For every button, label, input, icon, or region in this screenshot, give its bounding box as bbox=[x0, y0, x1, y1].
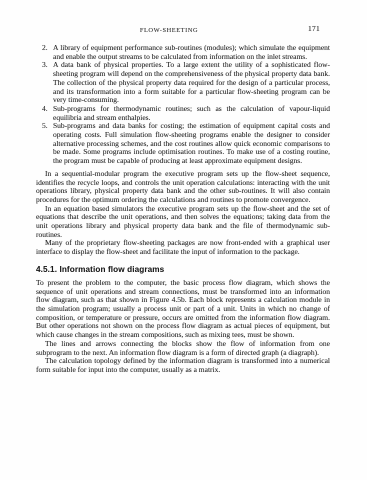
paragraph: The calculation topology defined by the … bbox=[36, 357, 330, 374]
list-item-number: 2. bbox=[42, 44, 48, 53]
list-item-number: 5. bbox=[42, 122, 48, 131]
paragraph: To present the problem to the computer, … bbox=[36, 279, 330, 340]
paragraph: In an equation based simulators the exec… bbox=[36, 205, 330, 240]
list-item: 2. A library of equipment performance su… bbox=[36, 44, 330, 61]
list-item-number: 4. bbox=[42, 105, 48, 114]
paragraph: The lines and arrows connecting the bloc… bbox=[36, 340, 330, 357]
page-header: FLOW-SHEETING 171 bbox=[36, 26, 330, 36]
list-item-text: A data bank of physical properties. To a… bbox=[53, 60, 330, 104]
page-content: FLOW-SHEETING 171 2. A library of equipm… bbox=[36, 26, 330, 375]
list-item-text: Sub-programs for thermodynamic routines;… bbox=[53, 104, 330, 122]
paragraph: Many of the proprietary flow-sheeting pa… bbox=[36, 239, 330, 256]
list-item: 4. Sub-programs for thermodynamic routin… bbox=[36, 105, 330, 122]
section-paragraphs: To present the problem to the computer, … bbox=[36, 279, 330, 375]
equipment-components-list: 2. A library of equipment performance su… bbox=[36, 44, 330, 166]
section-heading: 4.5.1. Information flow diagrams bbox=[36, 265, 330, 275]
list-item: 5. Sub-programs and data banks for costi… bbox=[36, 122, 330, 166]
page-number: 171 bbox=[308, 25, 320, 34]
list-item-text: A library of equipment performance sub-r… bbox=[53, 43, 330, 61]
paragraph: In a sequential-modular program the exec… bbox=[36, 170, 330, 205]
running-title: FLOW-SHEETING bbox=[140, 27, 198, 36]
list-item: 3. A data bank of physical properties. T… bbox=[36, 61, 330, 105]
list-item-text: Sub-programs and data banks for costing;… bbox=[53, 121, 330, 165]
intro-paragraphs: In a sequential-modular program the exec… bbox=[36, 170, 330, 257]
list-item-number: 3. bbox=[42, 61, 48, 70]
book-page: FLOW-SHEETING 171 2. A library of equipm… bbox=[0, 0, 367, 480]
